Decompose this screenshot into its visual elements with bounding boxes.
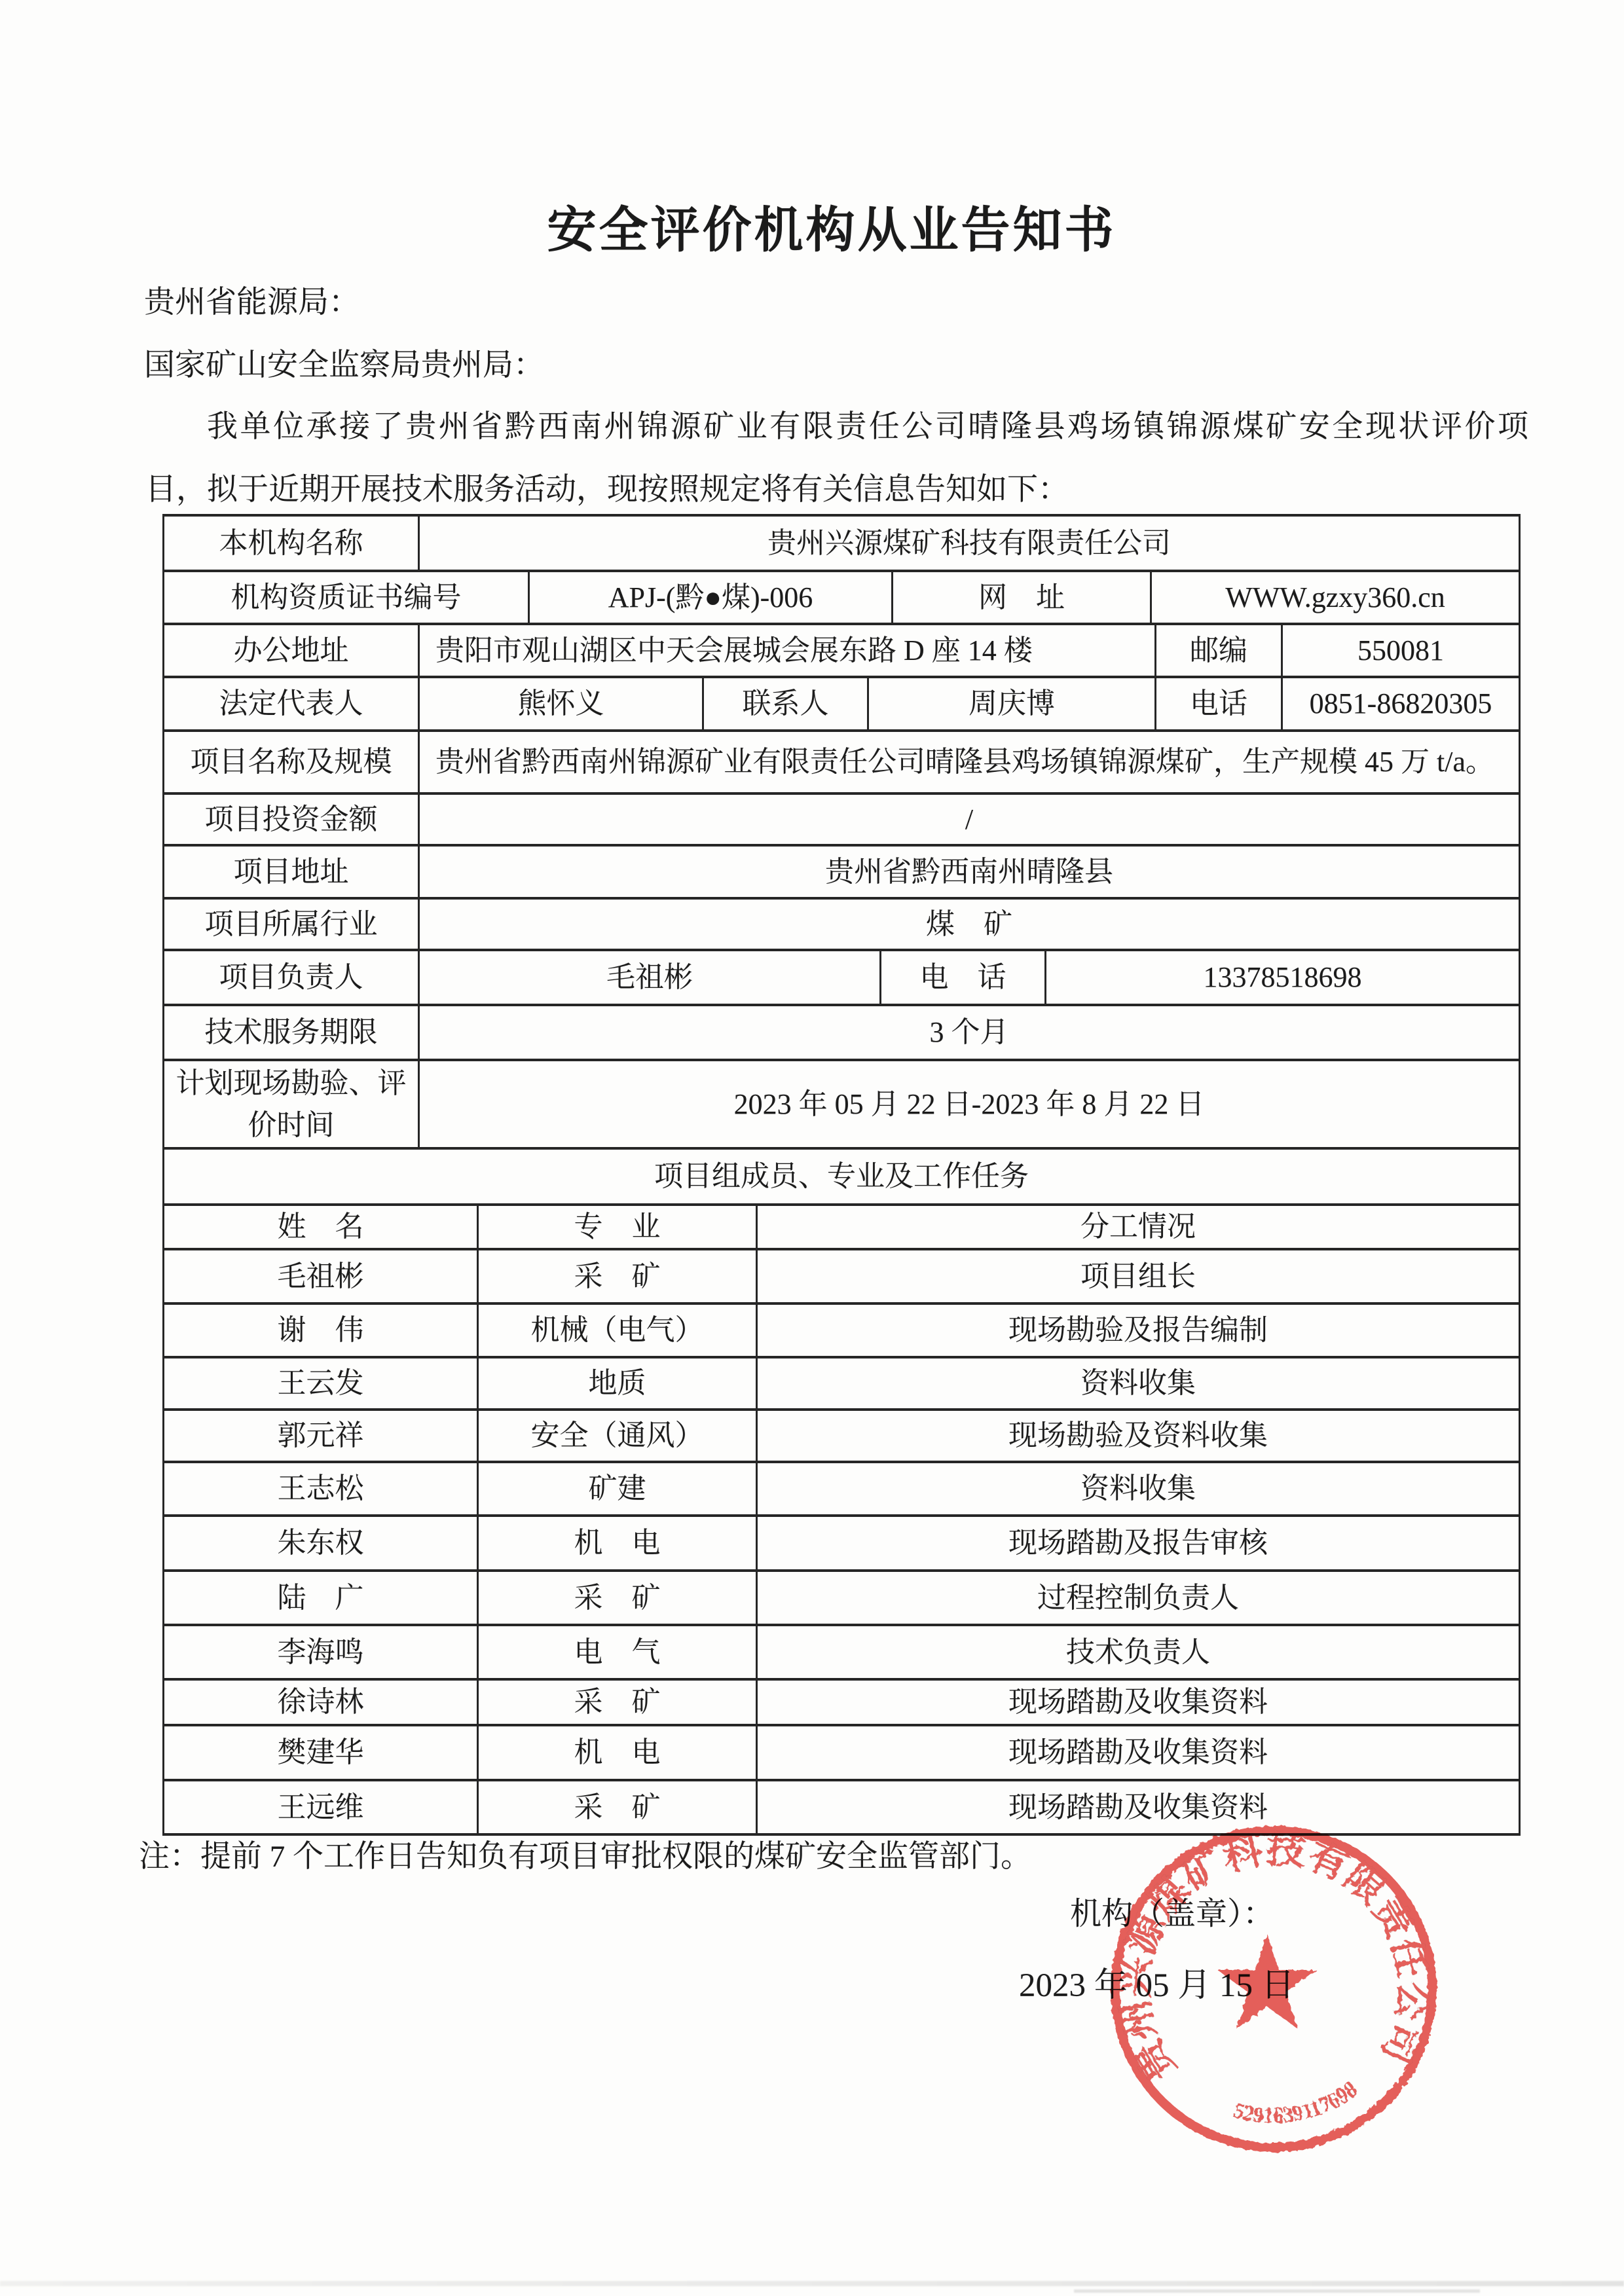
field-label: 机构资质证书编号 [164, 572, 530, 623]
member-major-cell: 矿建 [479, 1463, 758, 1514]
member-major-cell: 地质 [479, 1358, 758, 1408]
member-row: 王云发 地质 资料收集 [164, 1356, 1519, 1408]
member-row: 郭元祥 安全（通风） 现场勘验及资料收集 [164, 1408, 1519, 1461]
table-row: 本机构名称 贵州兴源煤矿科技有限责任公司 [164, 517, 1519, 570]
member-name-cell: 王远维 [164, 1781, 479, 1833]
member-task-cell: 现场勘验及报告编制 [758, 1305, 1519, 1356]
field-label: 计划现场勘验、评价时间 [164, 1061, 420, 1147]
notification-table: 本机构名称 贵州兴源煤矿科技有限责任公司 机构资质证书编号 APJ-(黔●煤)-… [162, 514, 1521, 1836]
intro-paragraph-line2: 目，拟于近期开展技术服务活动，现按照规定将有关信息告知如下： [145, 465, 1528, 509]
member-major-cell: 机械（电气） [479, 1305, 758, 1356]
field-value: 0851-86820305 [1283, 678, 1519, 729]
stamp-serial-arc: 5291639117698 [1231, 2077, 1362, 2128]
field-value: 550081 [1283, 625, 1519, 676]
member-task-cell: 现场踏勘及报告审核 [758, 1517, 1519, 1569]
member-row: 李海鸣 电 气 技术负责人 [164, 1624, 1519, 1678]
table-row: 项目名称及规模 贵州省黔西南州锦源矿业有限责任公司晴隆县鸡场镇锦源煤矿，生产规模… [164, 729, 1519, 792]
member-row: 王志松 矿建 资料收集 [164, 1461, 1519, 1514]
stamp-group: 贵州兴源煤矿科技有限责任公司 5291639117698 [1114, 1829, 1433, 2147]
field-label: 本机构名称 [164, 517, 420, 570]
greeting-mine-safety-bureau: 国家矿山安全监察局贵州局： [144, 340, 544, 384]
field-label: 电话 [1156, 678, 1283, 729]
field-value: 贵州兴源煤矿科技有限责任公司 [420, 517, 1519, 570]
member-row: 谢 伟 机械（电气） 现场勘验及报告编制 [164, 1302, 1519, 1356]
member-name-cell: 陆 广 [164, 1572, 479, 1624]
member-name-cell: 李海鸣 [164, 1626, 479, 1678]
field-label: 技术服务期限 [164, 1006, 420, 1059]
member-name-cell: 毛祖彬 [164, 1250, 479, 1302]
member-name-cell: 朱东权 [164, 1517, 479, 1569]
member-row: 徐诗林 采 矿 现场踏勘及收集资料 [164, 1678, 1519, 1724]
field-value: 3 个月 [420, 1006, 1519, 1059]
field-value: WWW.gzxy360.cn [1152, 572, 1519, 623]
field-value: 2023 年 05 月 22 日-2023 年 8 月 22 日 [420, 1061, 1519, 1147]
member-major-cell: 机 电 [479, 1517, 758, 1569]
member-task-cell: 现场踏勘及收集资料 [758, 1726, 1519, 1779]
member-task-cell: 现场踏勘及收集资料 [758, 1681, 1519, 1724]
member-major-cell: 电 气 [479, 1626, 758, 1678]
column-header: 分工情况 [758, 1206, 1519, 1248]
field-label: 办公地址 [164, 625, 420, 676]
field-value: 13378518698 [1046, 951, 1519, 1004]
field-label: 项目投资金额 [164, 795, 420, 844]
field-label: 项目所属行业 [164, 900, 420, 949]
member-row: 樊建华 机 电 现场踏勘及收集资料 [164, 1724, 1519, 1779]
table-row: 法定代表人 熊怀义 联系人 周庆博 电话 0851-86820305 [164, 676, 1519, 729]
member-major-cell: 采 矿 [479, 1250, 758, 1302]
member-task-cell: 过程控制负责人 [758, 1572, 1519, 1624]
member-row: 朱东权 机 电 现场踏勘及报告审核 [164, 1514, 1519, 1569]
table-section-header-row: 项目组成员、专业及工作任务 [164, 1147, 1519, 1203]
table-header-row: 姓 名 专 业 分工情况 [164, 1203, 1519, 1248]
member-major-cell: 采 矿 [479, 1681, 758, 1724]
member-major-cell: 采 矿 [479, 1781, 758, 1833]
member-name-cell: 郭元祥 [164, 1411, 479, 1461]
table-row: 计划现场勘验、评价时间 2023 年 05 月 22 日-2023 年 8 月 … [164, 1059, 1519, 1147]
member-task-cell: 技术负责人 [758, 1626, 1519, 1678]
document-page: 安全评价机构从业告知书 贵州省能源局： 国家矿山安全监察局贵州局： 我单位承接了… [0, 0, 1624, 2296]
table-row: 技术服务期限 3 个月 [164, 1004, 1519, 1059]
field-label: 邮编 [1156, 625, 1283, 676]
member-task-cell: 资料收集 [758, 1463, 1519, 1514]
field-label: 网 址 [893, 572, 1152, 623]
member-name-cell: 王志松 [164, 1463, 479, 1514]
stamp-serial-number: 5291639117698 [1231, 2077, 1362, 2128]
member-major-cell: 安全（通风） [479, 1411, 758, 1461]
scan-artifact [0, 2281, 1624, 2286]
member-major-cell: 机 电 [479, 1726, 758, 1779]
table-row: 项目负责人 毛祖彬 电 话 13378518698 [164, 949, 1519, 1004]
field-value: / [420, 795, 1519, 844]
column-header: 姓 名 [164, 1206, 479, 1248]
member-row: 毛祖彬 采 矿 项目组长 [164, 1248, 1519, 1302]
greeting-energy-bureau: 贵州省能源局： [144, 278, 360, 321]
column-header: 专 业 [479, 1206, 758, 1248]
table-row: 机构资质证书编号 APJ-(黔●煤)-006 网 址 WWW.gzxy360.c… [164, 570, 1519, 623]
member-name-cell: 王云发 [164, 1358, 479, 1408]
member-name-cell: 谢 伟 [164, 1305, 479, 1356]
member-row: 陆 广 采 矿 过程控制负责人 [164, 1569, 1519, 1624]
member-name-cell: 樊建华 [164, 1726, 479, 1779]
member-task-cell: 资料收集 [758, 1358, 1519, 1408]
field-value: 贵州省黔西南州锦源矿业有限责任公司晴隆县鸡场镇锦源煤矿，生产规模 45 万 t/… [420, 732, 1519, 792]
field-label: 项目名称及规模 [164, 732, 420, 792]
field-label: 电 话 [881, 951, 1046, 1004]
field-value: 毛祖彬 [420, 951, 881, 1004]
table-row: 项目所属行业 煤 矿 [164, 897, 1519, 949]
table-row: 项目地址 贵州省黔西南州晴隆县 [164, 844, 1519, 897]
intro-paragraph-line1: 我单位承接了贵州省黔西南州锦源矿业有限责任公司晴隆县鸡场镇锦源煤矿安全现状评价项 [145, 402, 1528, 446]
field-value: 贵州省黔西南州晴隆县 [420, 847, 1519, 897]
field-label: 法定代表人 [164, 678, 420, 729]
document-title: 安全评价机构从业告知书 [0, 191, 1624, 261]
field-value: 熊怀义 [420, 678, 704, 729]
member-name-cell: 徐诗林 [164, 1681, 479, 1724]
table-row: 项目投资金额 / [164, 792, 1519, 844]
field-value: 贵阳市观山湖区中天会展城会展东路 D 座 14 楼 [420, 625, 1156, 676]
field-value: 周庆博 [869, 678, 1156, 729]
field-value: APJ-(黔●煤)-006 [530, 572, 893, 623]
member-task-cell: 现场勘验及资料收集 [758, 1411, 1519, 1461]
field-label: 联系人 [704, 678, 869, 729]
member-major-cell: 采 矿 [479, 1572, 758, 1624]
scan-artifact [1074, 2289, 1480, 2293]
section-header: 项目组成员、专业及工作任务 [164, 1150, 1519, 1203]
official-stamp: 贵州兴源煤矿科技有限责任公司 5291639117698 [1067, 1781, 1500, 2226]
table-row: 办公地址 贵阳市观山湖区中天会展城会展东路 D 座 14 楼 邮编 550081 [164, 623, 1519, 676]
stamp-star-icon [1217, 1934, 1317, 2029]
member-task-cell: 项目组长 [758, 1250, 1519, 1302]
footnote: 注：提前 7 个工作日告知负有项目审批权限的煤矿安全监管部门。 [139, 1832, 1031, 1876]
field-value: 煤 矿 [420, 900, 1519, 949]
field-label: 项目负责人 [164, 951, 420, 1004]
field-label: 项目地址 [164, 847, 420, 897]
